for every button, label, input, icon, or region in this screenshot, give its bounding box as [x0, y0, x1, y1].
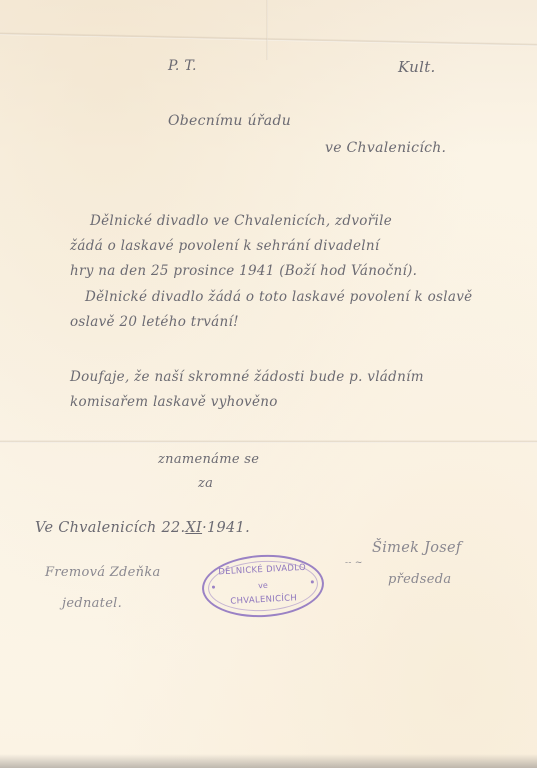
paper-crease-middle	[0, 440, 537, 443]
signature-flourish: -- ~	[345, 558, 363, 568]
body-p1-line-3: hry na den 25 prosince 1941 (Boží hod Vá…	[70, 263, 417, 279]
closing-line-2: za	[198, 476, 213, 491]
stamp-dot-icon	[311, 580, 314, 583]
signature-right-role: předseda	[388, 572, 451, 587]
signature-left-role: jednatel.	[62, 596, 122, 611]
body-p2-line-2: oslavě 20 letého trvání!	[70, 314, 239, 330]
stamp-top-text: DĚLNICKÉ DIVADLO	[203, 562, 321, 578]
stamp-middle-text: ve	[204, 578, 322, 593]
date-year: 1941.	[207, 520, 250, 536]
official-stamp: DĚLNICKÉ DIVADLO ve CHVALENICÍCH	[200, 552, 325, 620]
place-date: Ve Chvalenicích 22.XI·1941.	[35, 520, 250, 536]
paper-crease-vertical	[266, 0, 268, 60]
paper-bottom-edge	[0, 754, 537, 768]
body-p3-line-2: komisařem laskavě vyhověno	[70, 394, 278, 410]
signature-left-name: Fremová Zdeňka	[45, 565, 161, 580]
place: Ve Chvalenicích	[35, 520, 157, 536]
body-p3-line-1: Doufaje, že naší skromné žádosti bude p.…	[70, 369, 424, 385]
closing-line-1: znamenáme se	[158, 452, 259, 467]
body-p2-line-1: Dělnické divadlo žádá o toto laskavé pov…	[85, 289, 472, 305]
stamp-dot-icon	[212, 586, 215, 589]
body-p1-line-2: žádá o laskavé povolení k sehrání divade…	[70, 238, 380, 254]
paper-crease-top	[0, 32, 537, 46]
scanned-letter: P. T. Kult. Obecnímu úřadu ve Chvalenicí…	[0, 0, 537, 768]
date-month: XI	[185, 520, 202, 536]
signature-right-name: Šimek Josef	[372, 540, 462, 556]
addressee-line-2: ve Chvalenicích.	[325, 140, 446, 156]
addressee-line-1: Obecnímu úřadu	[168, 113, 291, 129]
salutation: P. T.	[168, 58, 197, 74]
header-note: Kult.	[398, 58, 436, 76]
stamp-bottom-text: CHVALENICÍCH	[205, 592, 323, 608]
body-p1-line-1: Dělnické divadlo ve Chvalenicích, zdvoři…	[90, 213, 392, 229]
date-day: 22.	[161, 520, 185, 536]
